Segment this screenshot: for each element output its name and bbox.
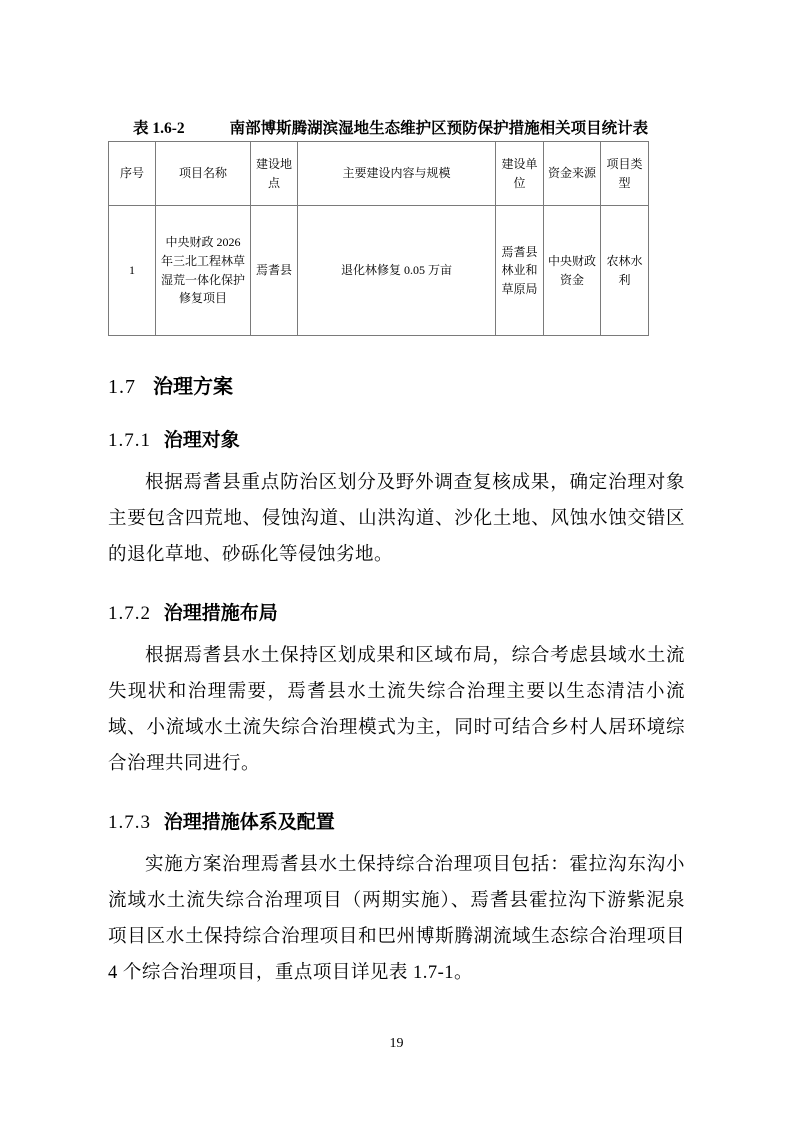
heading-1-7-1: 1.7.1 治理对象	[108, 428, 685, 453]
table-row: 1 中央财政 2026 年三北工程林草湿荒一体化保护修复项目 焉耆县 退化林修复…	[109, 206, 649, 336]
table-cell-location: 焉耆县	[251, 206, 298, 336]
table-cell-seq: 1	[109, 206, 156, 336]
page-content: 表 1.6-2 南部博斯腾湖滨湿地生态维护区预防保护措施相关项目统计表 序号 项…	[0, 0, 793, 991]
table-caption-label: 表 1.6-2	[133, 116, 185, 138]
table-header-cell: 建设地点	[251, 142, 298, 206]
table-cell-type: 农林水利	[601, 206, 649, 336]
table-cell-project-name: 中央财政 2026 年三北工程林草湿荒一体化保护修复项目	[156, 206, 251, 336]
project-statistics-table: 序号 项目名称 建设地点 主要建设内容与规模 建设单位 资金来源 项目类型 1 …	[108, 141, 649, 336]
paragraph-1-7-3: 实施方案治理焉耆县水土保持综合治理项目包括：霍拉沟东沟小流域水土流失综合治理项目…	[108, 847, 685, 991]
table-cell-content-scale: 退化林修复 0.05 万亩	[298, 206, 496, 336]
heading-text: 治理措施体系及配置	[164, 812, 335, 833]
page-number: 19	[0, 1036, 793, 1052]
heading-1-7-3: 1.7.3 治理措施体系及配置	[108, 810, 685, 835]
table-header-cell: 主要建设内容与规模	[298, 142, 496, 206]
table-header-row: 序号 项目名称 建设地点 主要建设内容与规模 建设单位 资金来源 项目类型	[109, 142, 649, 206]
table-cell-builder: 焉耆县林业和草原局	[496, 206, 544, 336]
heading-number: 1.7.1	[108, 430, 151, 451]
table-caption-title: 南部博斯腾湖滨湿地生态维护区预防保护措施相关项目统计表	[230, 116, 649, 138]
table-header-cell: 序号	[109, 142, 156, 206]
table-caption: 表 1.6-2 南部博斯腾湖滨湿地生态维护区预防保护措施相关项目统计表	[108, 116, 685, 138]
table-header-cell: 建设单位	[496, 142, 544, 206]
table-cell-funding: 中央财政资金	[544, 206, 601, 336]
heading-text: 治理对象	[164, 430, 240, 451]
heading-number: 1.7.2	[108, 603, 151, 624]
paragraph-1-7-1: 根据焉耆县重点防治区划分及野外调查复核成果，确定治理对象主要包含四荒地、侵蚀沟道…	[108, 465, 685, 573]
document-page: 表 1.6-2 南部博斯腾湖滨湿地生态维护区预防保护措施相关项目统计表 序号 项…	[0, 0, 793, 1122]
heading-1-7-2: 1.7.2 治理措施布局	[108, 601, 685, 626]
table-header-cell: 项目类型	[601, 142, 649, 206]
heading-text: 治理措施布局	[164, 603, 278, 624]
heading-text: 治理方案	[153, 376, 233, 398]
paragraph-1-7-2: 根据焉耆县水土保持区划成果和区域布局，综合考虑县域水土流失现状和治理需要，焉耆县…	[108, 638, 685, 782]
heading-1-7: 1.7 治理方案	[108, 374, 685, 400]
heading-number: 1.7.3	[108, 812, 151, 833]
table-header-cell: 资金来源	[544, 142, 601, 206]
heading-number: 1.7	[108, 376, 136, 398]
table-header-cell: 项目名称	[156, 142, 251, 206]
